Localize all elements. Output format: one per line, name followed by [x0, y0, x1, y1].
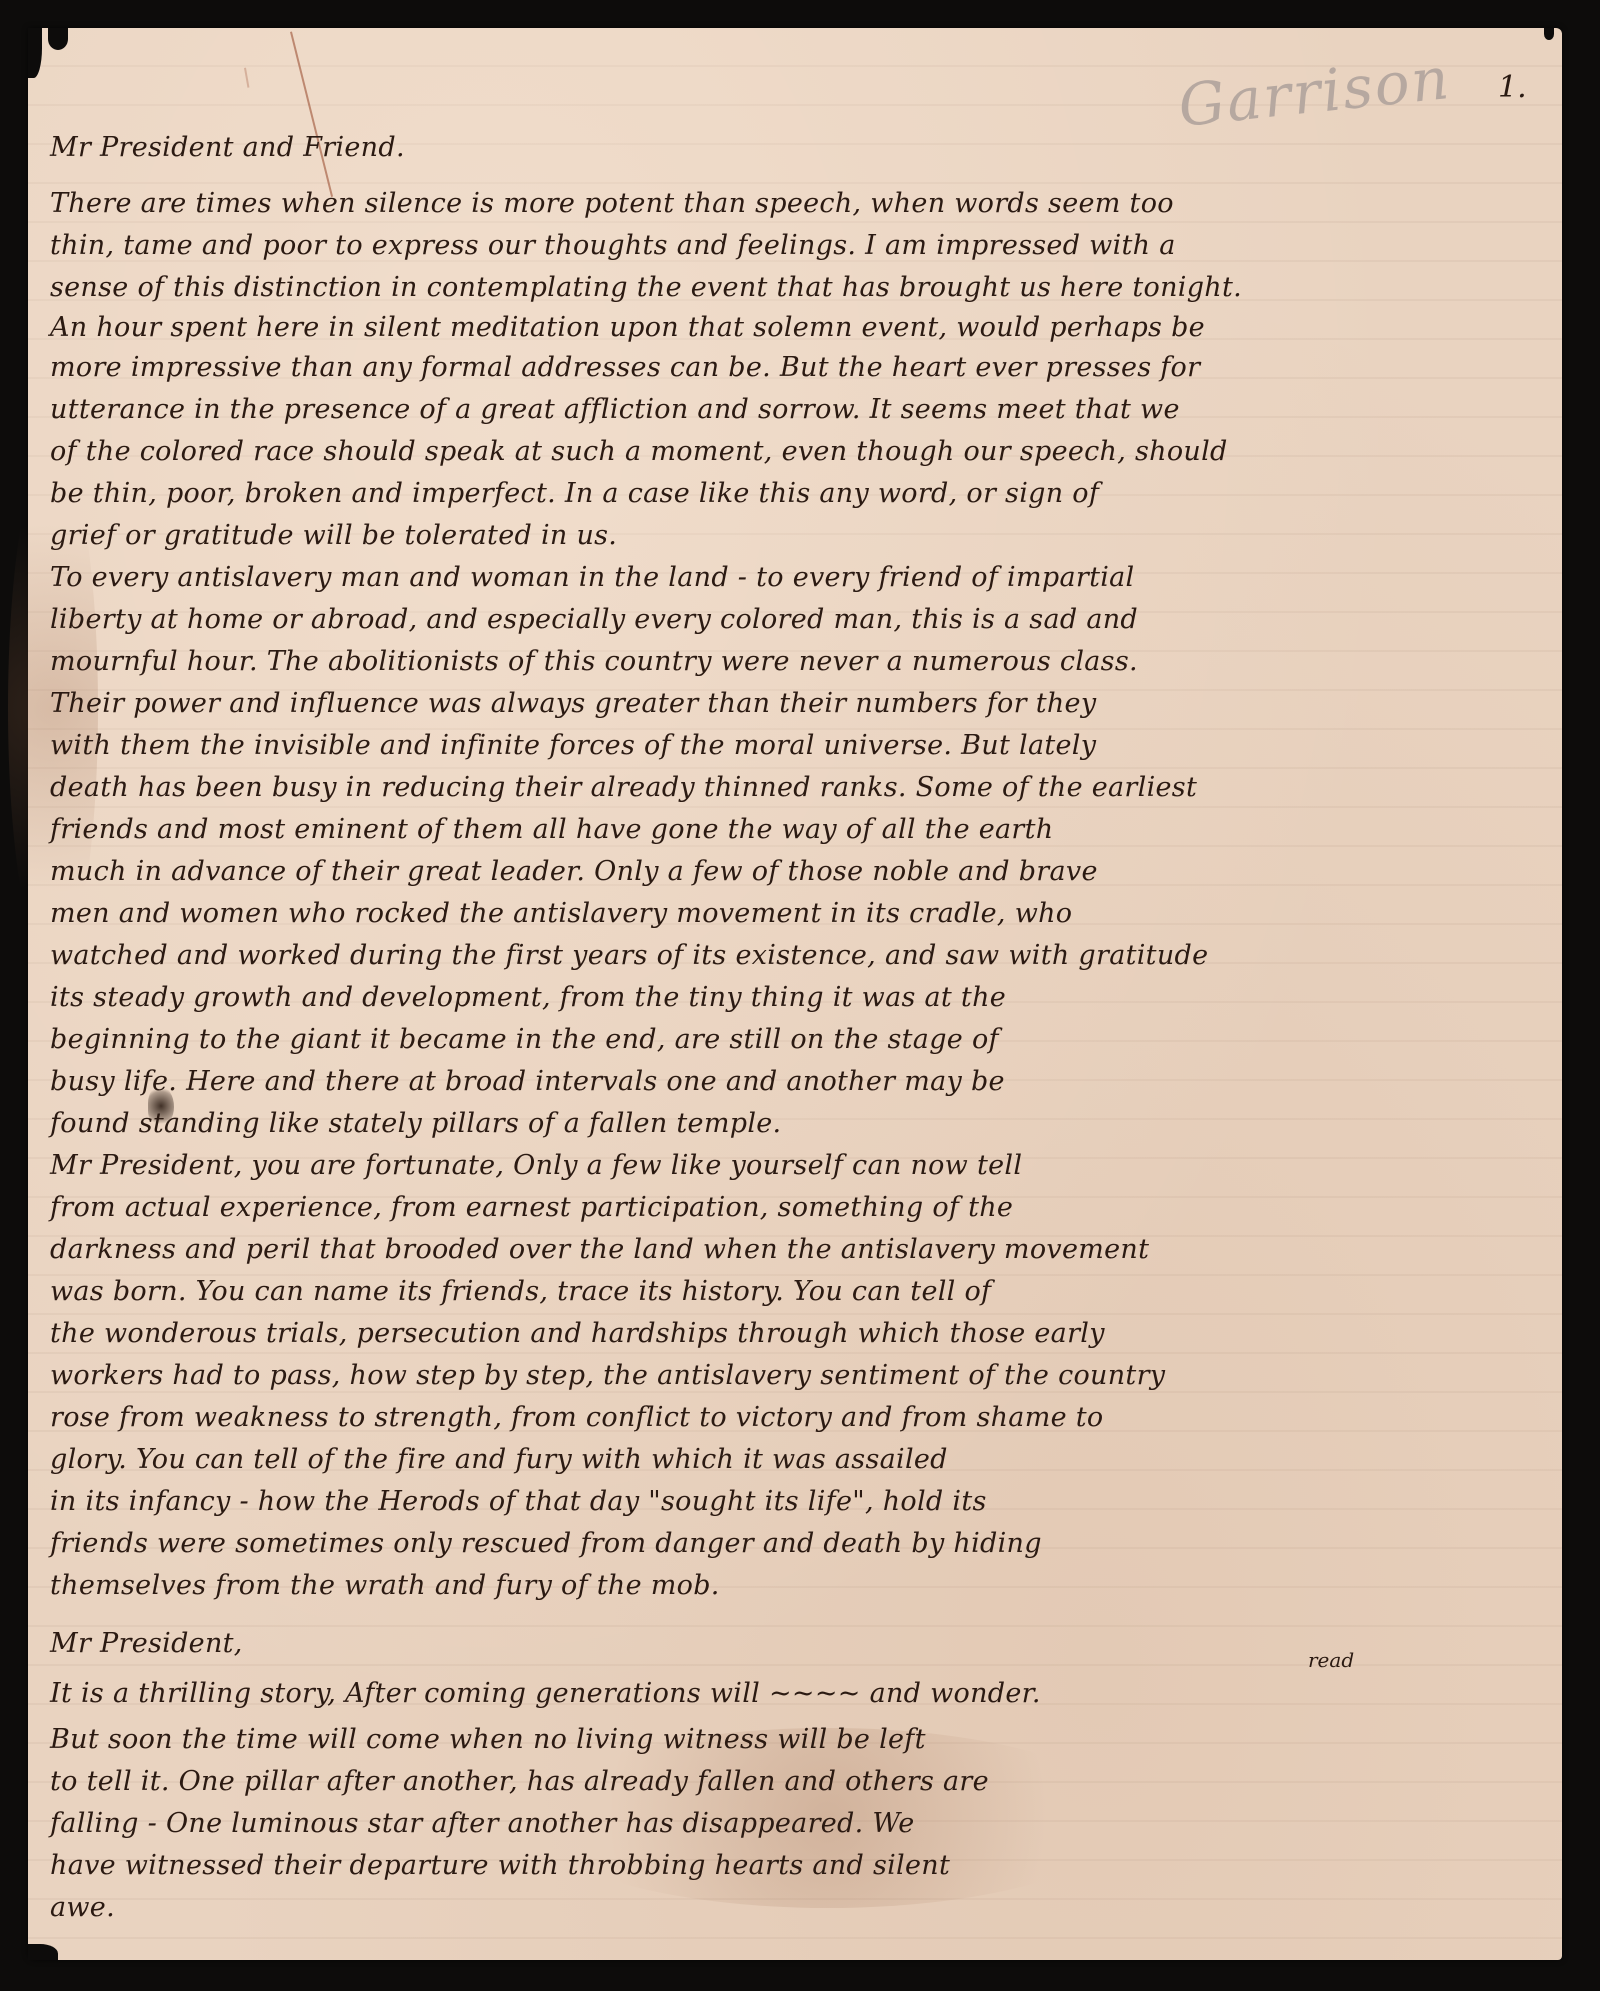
- text-line: to tell it. One pillar after another, ha…: [50, 1764, 989, 1800]
- text-line: more impressive than any formal addresse…: [50, 350, 1200, 386]
- archival-pencil-note: Garrison: [1175, 44, 1454, 140]
- text-line: grief or gratitude will be tolerated in …: [50, 518, 617, 554]
- torn-edge: [28, 1944, 58, 1960]
- paper-crease: [244, 68, 249, 88]
- text-line: There are times when silence is more pot…: [50, 186, 1174, 222]
- text-line: death has been busy in reducing their al…: [50, 770, 1197, 806]
- torn-edge: [48, 28, 68, 50]
- paper-crease: [290, 32, 333, 197]
- text-line: friends and most eminent of them all hav…: [50, 812, 1053, 848]
- text-line: glory. You can tell of the fire and fury…: [50, 1442, 948, 1478]
- text-line: But soon the time will come when no livi…: [50, 1722, 926, 1758]
- text-line: darkness and peril that brooded over the…: [50, 1232, 1149, 1268]
- text-line: An hour spent here in silent meditation …: [50, 310, 1205, 346]
- text-line: thin, tame and poor to express our thoug…: [50, 228, 1176, 264]
- text-line: themselves from the wrath and fury of th…: [50, 1568, 720, 1604]
- text-line: the wonderous trials, persecution and ha…: [50, 1316, 1105, 1352]
- salutation: Mr President and Friend.: [50, 130, 405, 166]
- text-line: watched and worked during the first year…: [50, 938, 1208, 974]
- text-line: liberty at home or abroad, and especiall…: [50, 602, 1138, 638]
- text-line: utterance in the presence of a great aff…: [50, 392, 1180, 428]
- manuscript-page: Garrison 1. Mr President and Friend. The…: [28, 28, 1562, 1960]
- interlinear-insertion: read: [1308, 1648, 1354, 1672]
- torn-edge: [1544, 28, 1554, 40]
- salutation: Mr President,: [50, 1626, 243, 1662]
- text-line: in its infancy - how the Herods of that …: [50, 1484, 987, 1520]
- text-line: with them the invisible and infinite for…: [50, 728, 1096, 764]
- text-line: busy life. Here and there at broad inter…: [50, 1064, 1005, 1100]
- text-line: Their power and influence was always gre…: [50, 686, 1096, 722]
- text-line: found standing like stately pillars of a…: [50, 1106, 781, 1142]
- text-line: be thin, poor, broken and imperfect. In …: [50, 476, 1099, 512]
- text-line: have witnessed their departure with thro…: [50, 1848, 950, 1884]
- text-line: mournful hour. The abolitionists of this…: [50, 644, 1138, 680]
- text-line: It is a thrilling story, After coming ge…: [50, 1676, 1041, 1712]
- text-line: friends were sometimes only rescued from…: [50, 1526, 1042, 1562]
- text-line: its steady growth and development, from …: [50, 980, 1006, 1016]
- text-line: beginning to the giant it became in the …: [50, 1022, 999, 1058]
- page-number: 1.: [1498, 70, 1527, 105]
- text-line: workers had to pass, how step by step, t…: [50, 1358, 1165, 1394]
- text-line: sense of this distinction in contemplati…: [50, 270, 1242, 306]
- text-line: Mr President, you are fortunate, Only a …: [50, 1148, 1022, 1184]
- text-line: awe.: [50, 1890, 115, 1926]
- text-line: from actual experience, from earnest par…: [50, 1190, 1013, 1226]
- text-line: rose from weakness to strength, from con…: [50, 1400, 1103, 1436]
- text-line: falling - One luminous star after anothe…: [50, 1806, 915, 1842]
- text-line: much in advance of their great leader. O…: [50, 854, 1098, 890]
- text-line: of the colored race should speak at such…: [50, 434, 1228, 470]
- torn-edge: [28, 28, 42, 78]
- text-line: men and women who rocked the antislavery…: [50, 896, 1072, 932]
- text-line: was born. You can name its friends, trac…: [50, 1274, 991, 1310]
- text-line: To every antislavery man and woman in th…: [50, 560, 1134, 596]
